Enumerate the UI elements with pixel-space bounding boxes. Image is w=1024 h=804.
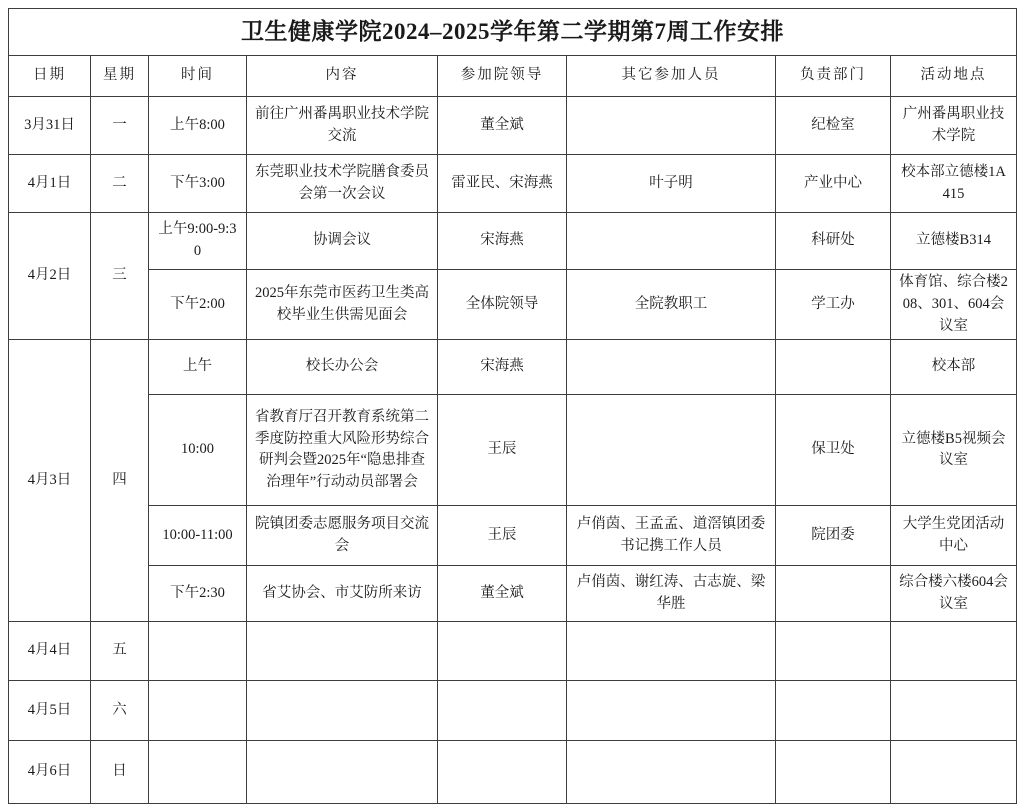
cell-date: 4月2日 <box>9 213 91 340</box>
cell-date: 4月3日 <box>9 340 91 622</box>
cell-dept: 产业中心 <box>776 155 891 213</box>
schedule-row: 10:00省教育厅召开教育系统第二季度防控重大风险形势综合研判会暨2025年“隐… <box>9 395 1017 506</box>
column-header-leaders: 参加院领导 <box>438 56 567 97</box>
cell-weekday: 日 <box>91 741 149 804</box>
cell-dept <box>776 681 891 741</box>
cell-leaders: 雷亚民、宋海燕 <box>438 155 567 213</box>
cell-time: 下午3:00 <box>149 155 247 213</box>
cell-others <box>567 97 776 155</box>
cell-content <box>247 741 438 804</box>
cell-dept: 保卫处 <box>776 395 891 506</box>
schedule-body: 3月31日一上午8:00前往广州番禺职业技术学院交流董全斌纪检室广州番禺职业技术… <box>9 97 1017 804</box>
cell-others <box>567 213 776 270</box>
title-row: 卫生健康学院2024–2025学年第二学期第7周工作安排 <box>9 9 1017 56</box>
cell-dept: 纪检室 <box>776 97 891 155</box>
cell-content: 院镇团委志愿服务项目交流会 <box>247 506 438 566</box>
header-row: 日期 星期 时间 内容 参加院领导 其它参加人员 负责部门 活动地点 <box>9 56 1017 97</box>
cell-leaders: 董全斌 <box>438 97 567 155</box>
cell-location: 广州番禺职业技术学院 <box>891 97 1017 155</box>
cell-leaders: 宋海燕 <box>438 340 567 395</box>
cell-time: 上午 <box>149 340 247 395</box>
cell-location: 校本部立德楼1A415 <box>891 155 1017 213</box>
cell-leaders <box>438 681 567 741</box>
cell-location <box>891 681 1017 741</box>
cell-location: 立德楼B314 <box>891 213 1017 270</box>
cell-time <box>149 681 247 741</box>
cell-leaders: 董全斌 <box>438 566 567 622</box>
column-header-location: 活动地点 <box>891 56 1017 97</box>
cell-dept <box>776 566 891 622</box>
schedule-row: 3月31日一上午8:00前往广州番禺职业技术学院交流董全斌纪检室广州番禺职业技术… <box>9 97 1017 155</box>
cell-location: 大学生党团活动中心 <box>891 506 1017 566</box>
cell-others: 卢俏茵、王孟孟、道滘镇团委书记携工作人员 <box>567 506 776 566</box>
cell-leaders: 全体院领导 <box>438 270 567 340</box>
cell-date: 3月31日 <box>9 97 91 155</box>
cell-weekday: 六 <box>91 681 149 741</box>
cell-weekday: 五 <box>91 622 149 681</box>
schedule-row: 下午2:30省艾协会、市艾防所来访董全斌卢俏茵、谢红涛、古志旋、梁华胜综合楼六楼… <box>9 566 1017 622</box>
cell-content: 前往广州番禺职业技术学院交流 <box>247 97 438 155</box>
cell-time <box>149 741 247 804</box>
cell-dept: 学工办 <box>776 270 891 340</box>
cell-others <box>567 395 776 506</box>
cell-location: 立德楼B5视频会议室 <box>891 395 1017 506</box>
schedule-row: 4月5日六 <box>9 681 1017 741</box>
cell-others <box>567 340 776 395</box>
schedule-row: 4月4日五 <box>9 622 1017 681</box>
schedule-row: 下午2:002025年东莞市医药卫生类高校毕业生供需见面会全体院领导全院教职工学… <box>9 270 1017 340</box>
cell-time: 10:00-11:00 <box>149 506 247 566</box>
column-header-date: 日期 <box>9 56 91 97</box>
cell-content <box>247 622 438 681</box>
cell-others <box>567 741 776 804</box>
cell-others: 叶子明 <box>567 155 776 213</box>
column-header-content: 内容 <box>247 56 438 97</box>
cell-dept <box>776 622 891 681</box>
cell-others: 卢俏茵、谢红涛、古志旋、梁华胜 <box>567 566 776 622</box>
cell-time: 10:00 <box>149 395 247 506</box>
cell-time: 上午8:00 <box>149 97 247 155</box>
cell-time <box>149 622 247 681</box>
cell-leaders <box>438 741 567 804</box>
cell-time: 上午9:00-9:30 <box>149 213 247 270</box>
cell-leaders: 王辰 <box>438 506 567 566</box>
cell-weekday: 四 <box>91 340 149 622</box>
cell-others: 全院教职工 <box>567 270 776 340</box>
page: 卫生健康学院2024–2025学年第二学期第7周工作安排 日期 星期 时间 内容… <box>0 0 1024 800</box>
column-header-time: 时间 <box>149 56 247 97</box>
cell-location <box>891 622 1017 681</box>
cell-weekday: 一 <box>91 97 149 155</box>
cell-dept <box>776 741 891 804</box>
page-title: 卫生健康学院2024–2025学年第二学期第7周工作安排 <box>9 9 1017 56</box>
cell-leaders: 宋海燕 <box>438 213 567 270</box>
schedule-row: 4月2日三上午9:00-9:30协调会议宋海燕科研处立德楼B314 <box>9 213 1017 270</box>
cell-date: 4月5日 <box>9 681 91 741</box>
cell-content: 协调会议 <box>247 213 438 270</box>
column-header-dept: 负责部门 <box>776 56 891 97</box>
cell-leaders: 王辰 <box>438 395 567 506</box>
schedule-row: 10:00-11:00院镇团委志愿服务项目交流会王辰卢俏茵、王孟孟、道滘镇团委书… <box>9 506 1017 566</box>
column-header-others: 其它参加人员 <box>567 56 776 97</box>
cell-content: 校长办公会 <box>247 340 438 395</box>
schedule-row: 4月6日日 <box>9 741 1017 804</box>
schedule-row: 4月3日四上午校长办公会宋海燕校本部 <box>9 340 1017 395</box>
cell-others <box>567 681 776 741</box>
cell-leaders <box>438 622 567 681</box>
cell-content: 省教育厅召开教育系统第二季度防控重大风险形势综合研判会暨2025年“隐患排查治理… <box>247 395 438 506</box>
cell-date: 4月6日 <box>9 741 91 804</box>
cell-content: 2025年东莞市医药卫生类高校毕业生供需见面会 <box>247 270 438 340</box>
cell-dept: 院团委 <box>776 506 891 566</box>
cell-content: 东莞职业技术学院膳食委员会第一次会议 <box>247 155 438 213</box>
cell-time: 下午2:00 <box>149 270 247 340</box>
schedule-table: 卫生健康学院2024–2025学年第二学期第7周工作安排 日期 星期 时间 内容… <box>8 8 1017 804</box>
cell-location: 综合楼六楼604会议室 <box>891 566 1017 622</box>
cell-others <box>567 622 776 681</box>
cell-location: 体育馆、综合楼208、301、604会议室 <box>891 270 1017 340</box>
cell-date: 4月4日 <box>9 622 91 681</box>
cell-content <box>247 681 438 741</box>
cell-content: 省艾协会、市艾防所来访 <box>247 566 438 622</box>
cell-location: 校本部 <box>891 340 1017 395</box>
cell-weekday: 三 <box>91 213 149 340</box>
cell-date: 4月1日 <box>9 155 91 213</box>
cell-weekday: 二 <box>91 155 149 213</box>
cell-dept <box>776 340 891 395</box>
cell-location <box>891 741 1017 804</box>
schedule-row: 4月1日二下午3:00东莞职业技术学院膳食委员会第一次会议雷亚民、宋海燕叶子明产… <box>9 155 1017 213</box>
cell-dept: 科研处 <box>776 213 891 270</box>
column-header-weekday: 星期 <box>91 56 149 97</box>
cell-time: 下午2:30 <box>149 566 247 622</box>
